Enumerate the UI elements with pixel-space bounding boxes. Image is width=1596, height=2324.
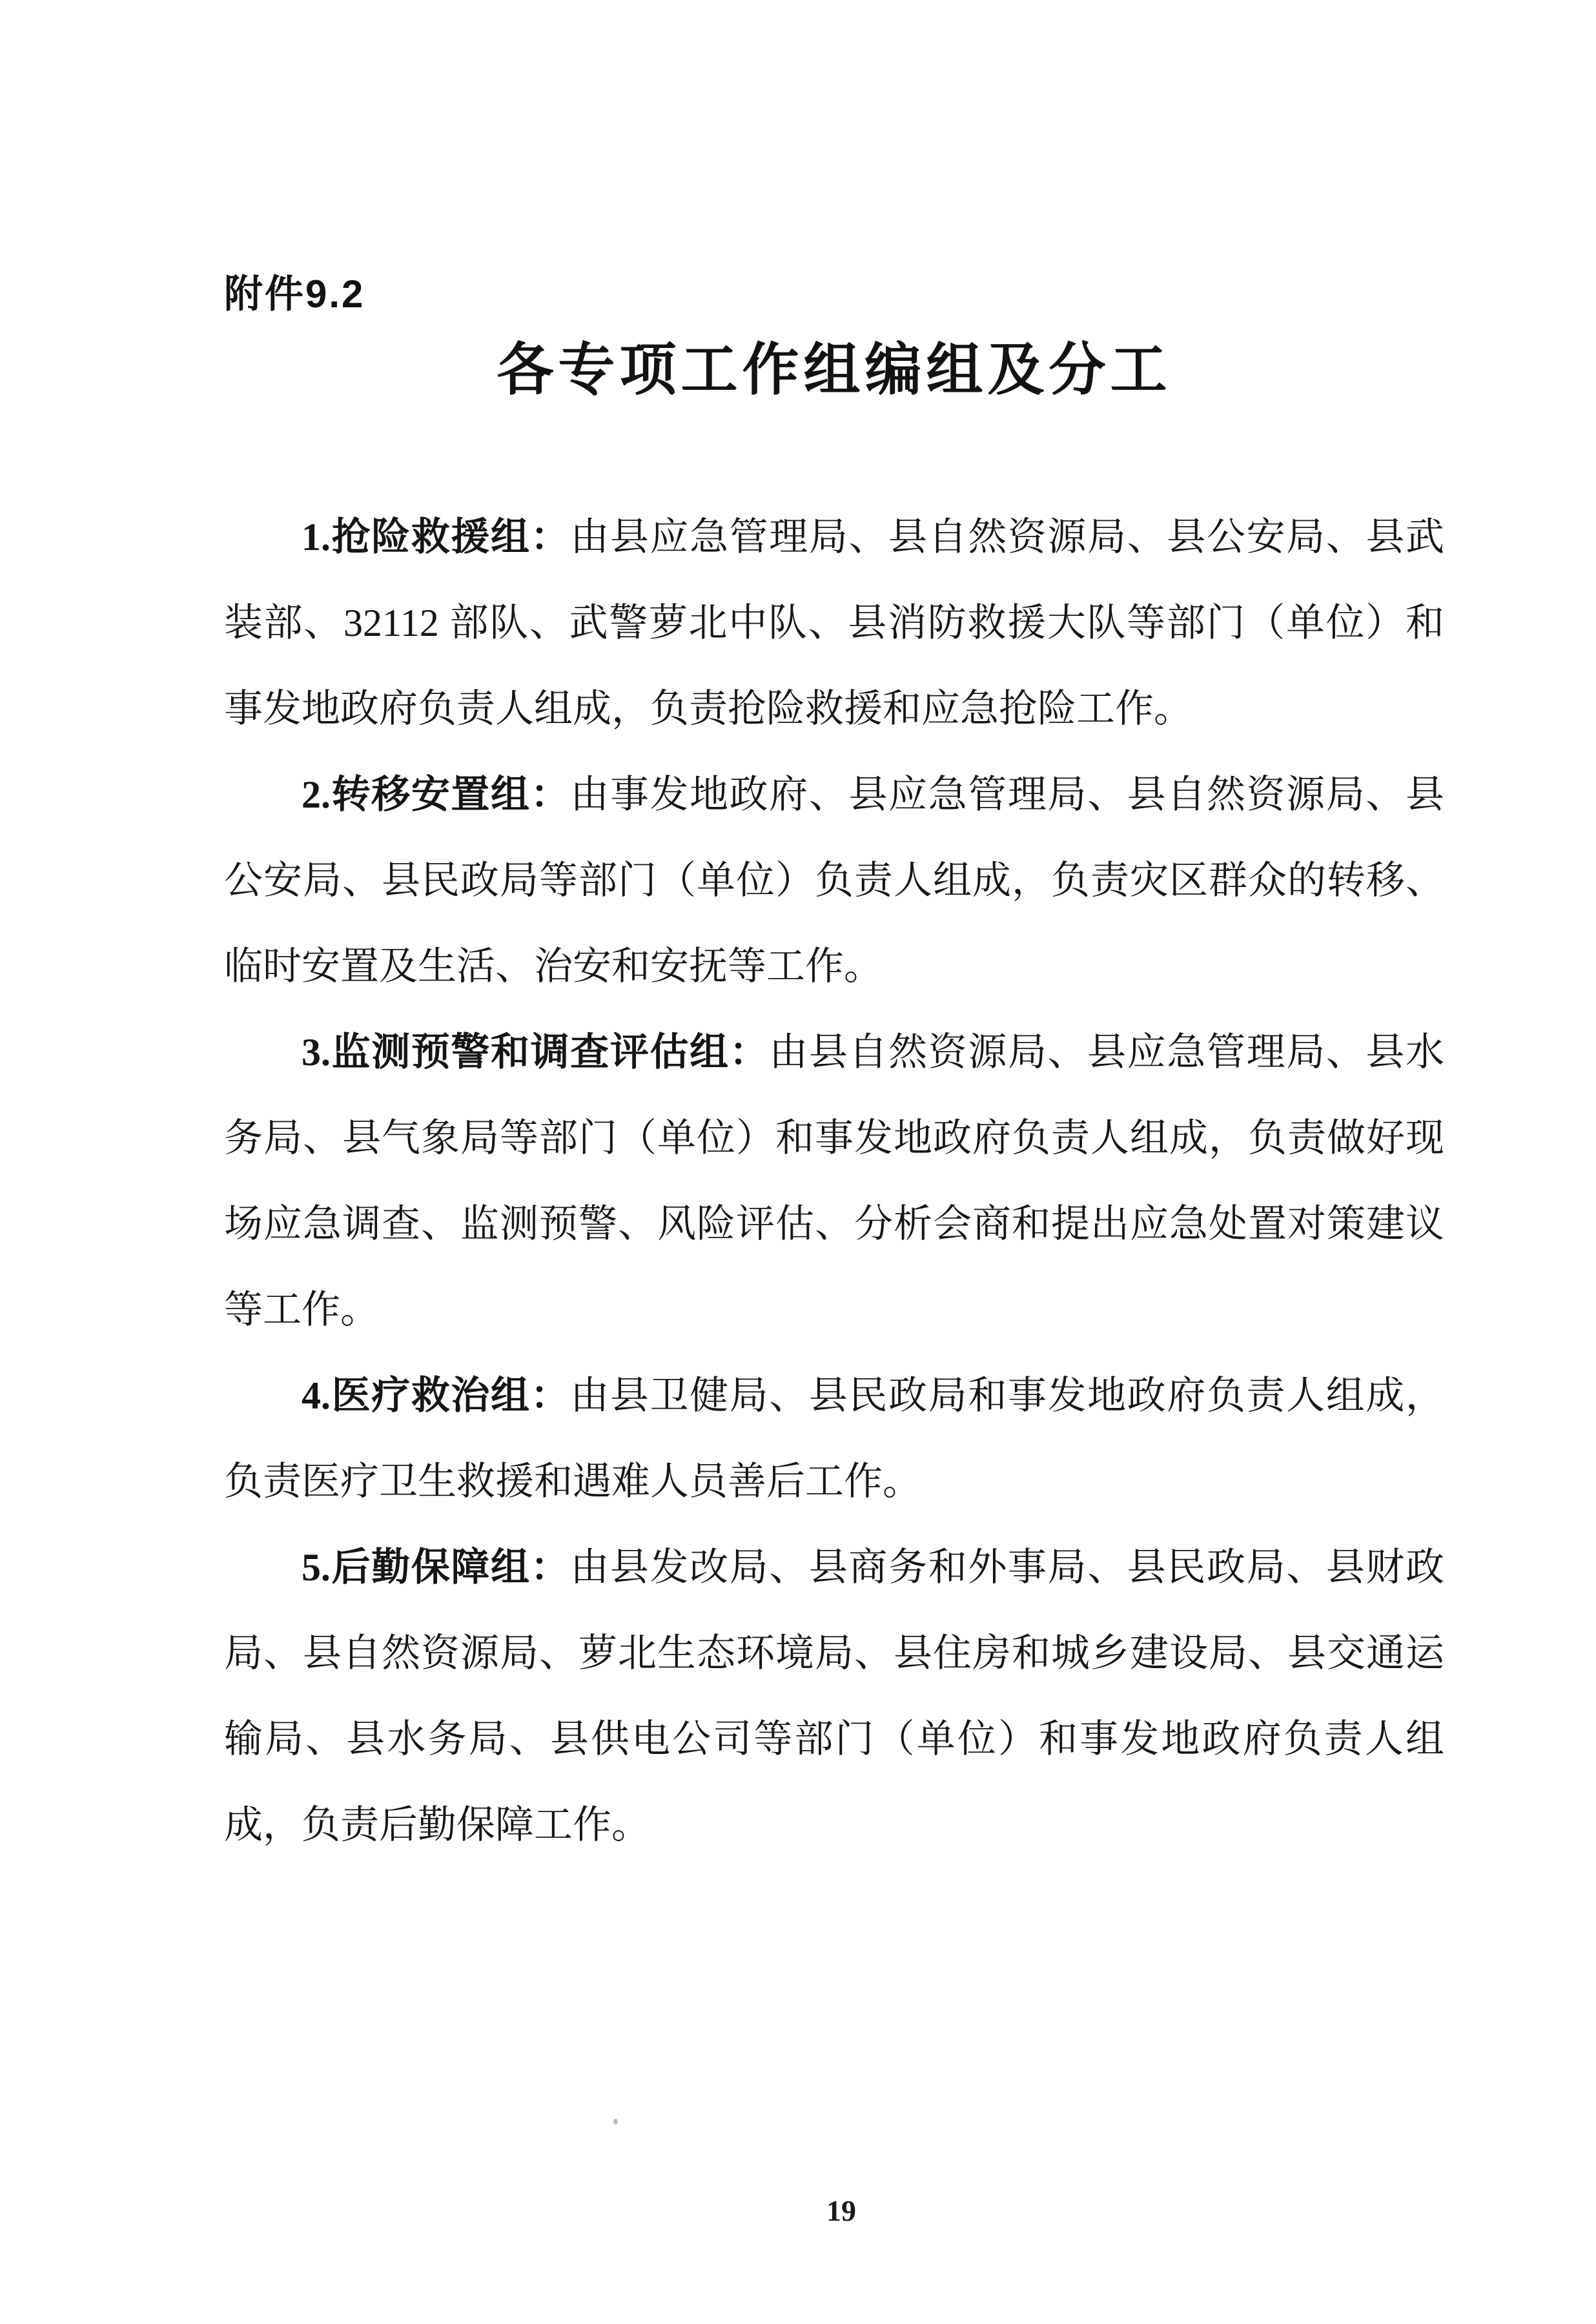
paragraph-medical-group-label: 4.医疗救治组： (302, 1374, 570, 1417)
page-title: 各专项工作组编组及分工 (224, 325, 1444, 406)
paragraph-monitoring-group-text: 由县自然资源局、县应急管理局、县水务局、县气象局等部门（单位）和事发地政府负责人… (224, 1031, 1444, 1331)
paragraph-relocation-group-label: 2.转移安置组： (302, 773, 570, 816)
paragraph-logistics-group: 5.后勤保障组：由县发改局、县商务和外事局、县民政局、县财政局、县自然资源局、萝… (224, 1525, 1444, 1868)
paragraph-rescue-group: 1.抢险救援组：由县应急管理局、县自然资源局、县公安局、县武装部、32112 部… (224, 494, 1444, 752)
page-number: 19 (818, 2194, 865, 2228)
document-body: 1.抢险救援组：由县应急管理局、县自然资源局、县公安局、县武装部、32112 部… (224, 494, 1444, 1868)
paragraph-rescue-group-label: 1.抢险救援组： (302, 516, 570, 558)
paragraph-logistics-group-text: 由县发改局、县商务和外事局、县民政局、县财政局、县自然资源局、萝北生态环境局、县… (224, 1546, 1444, 1846)
attachment-label: 附件9.2 (224, 263, 365, 319)
paragraph-monitoring-group: 3.监测预警和调查评估组：由县自然资源局、县应急管理局、县水务局、县气象局等部门… (224, 1010, 1444, 1353)
document-page: 附件9.2 各专项工作组编组及分工 1.抢险救援组：由县应急管理局、县自然资源局… (0, 0, 1596, 2324)
scan-artifact-dot (613, 2119, 618, 2125)
paragraph-relocation-group: 2.转移安置组：由事发地政府、县应急管理局、县自然资源局、县公安局、县民政局等部… (224, 752, 1444, 1010)
paragraph-medical-group: 4.医疗救治组：由县卫健局、县民政局和事发地政府负责人组成，负责医疗卫生救援和遇… (224, 1353, 1444, 1525)
paragraph-monitoring-group-label: 3.监测预警和调查评估组： (302, 1031, 769, 1074)
paragraph-logistics-group-label: 5.后勤保障组： (302, 1546, 570, 1589)
